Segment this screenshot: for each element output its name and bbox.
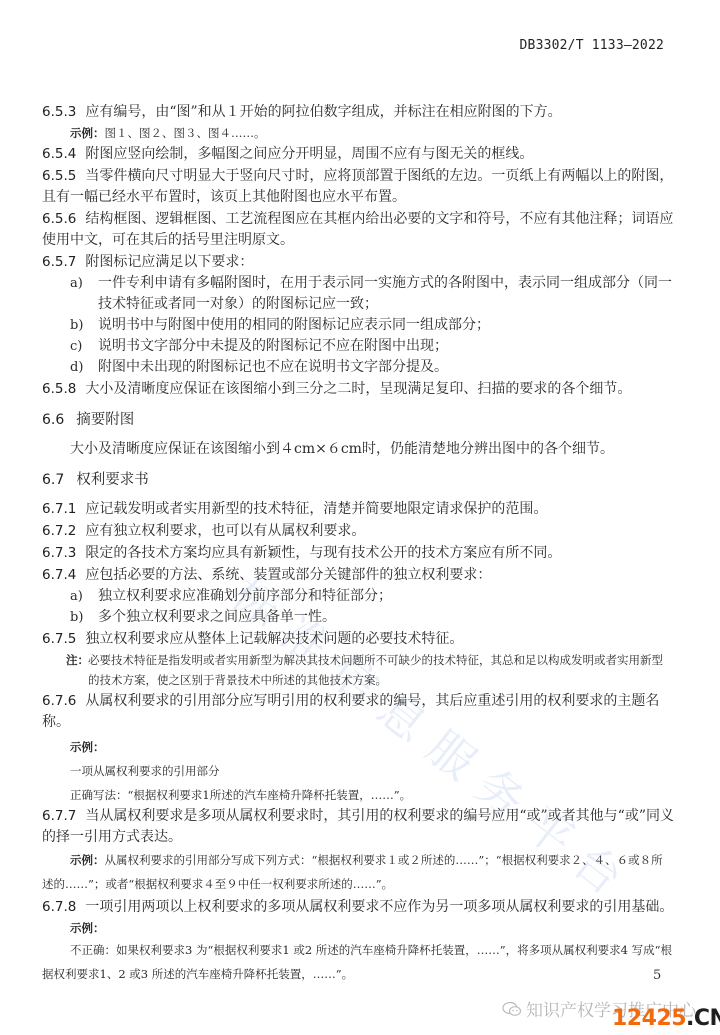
section-number: 6.7 <box>42 470 64 491</box>
page-number: 5 <box>653 968 661 983</box>
list-item: b)说明书中与附图中使用的相同的附图标记应表示同一组成部分； <box>42 315 674 336</box>
clause-text: 应记载发明或者实用新型的技术特征，清楚并简要地限定请求保护的范围。 <box>85 501 547 517</box>
site-logo-suffix: .CN <box>686 1006 720 1031</box>
clause-number: 6.5.7 <box>42 252 76 273</box>
clause-text: 当从属权利要求是多项从属权利要求时，其引用的权利要求的编号应用“或”或者其他与“… <box>42 808 674 845</box>
example-label: 示例： <box>70 921 105 935</box>
list-marker: a) <box>70 273 98 315</box>
clause-text: 应有编号，由“图”和从１开始的阿拉伯数字组成，并标注在相应附图的下方。 <box>85 104 561 120</box>
clause-6-5-6: 6.5.6结构框图、逻辑框图、工艺流程图应在其框内给出必要的文字和符号，不应有其… <box>42 209 674 251</box>
clause-number: 6.7.3 <box>42 543 76 564</box>
list-marker: b) <box>70 315 98 336</box>
clause-6-7-7: 6.7.7当从属权利要求是多项从属权利要求时，其引用的权利要求的编号应用“或”或… <box>42 806 674 896</box>
clause-number: 6.5.4 <box>42 144 76 165</box>
clause-text: 附图应竖向绘制，多幅图之间应分开明显，周围不应有与图无关的框线。 <box>85 146 533 162</box>
list-item: c)说明书文字部分中未提及的附图标记不应在附图中出现； <box>42 336 674 357</box>
clause-6-7-8: 6.7.8一项引用两项以上权利要求的多项从属权利要求不应作为另一项多项从属权利要… <box>42 897 674 986</box>
clause-6-5-8: 6.5.8大小及清晰度应保证在该图缩小到三分之二时，呈现满足复印、扫描的要求的各… <box>42 379 674 400</box>
note-text: 必要技术特征是指发明或者实用新型为解决其技术问题所不可缺少的技术特征，其总和足以… <box>88 650 674 690</box>
example-text: 不正确：如果权利要求3 为“根据权利要求1 或2 所述的汽车座椅升降杯托装置，…… <box>42 938 674 986</box>
section-number: 6.6 <box>42 410 64 431</box>
clause-text: 独立权利要求应从整体上记载解决技术问题的必要技术特征。 <box>85 631 463 647</box>
list-text: 说明书中与附图中使用的相同的附图标记应表示同一组成部分； <box>98 315 674 336</box>
section-heading-6-7: 6.7权利要求书 <box>42 470 674 491</box>
standard-code: DB3302/T 1133—2022 <box>520 38 664 53</box>
clause-6-7-2: 6.7.2应有独立权利要求，也可以有从属权利要求。 <box>42 521 674 542</box>
clause-number: 6.7.1 <box>42 499 76 520</box>
list-text: 说明书文字部分中未提及的附图标记不应在附图中出现； <box>98 336 674 357</box>
clause-number: 6.7.2 <box>42 521 76 542</box>
site-logo-number: 12425 <box>612 1006 686 1031</box>
example-label: 示例： <box>70 853 105 867</box>
clause-number: 6.7.8 <box>42 897 76 918</box>
clause-number: 6.5.8 <box>42 379 76 400</box>
clause-number: 6.5.5 <box>42 166 76 187</box>
list-item: a)独立权利要求应准确划分前序部分和特征部分； <box>42 586 674 607</box>
example-text: 图１、图２、图３、图４……。 <box>105 126 266 140</box>
document-body: 6.5.3应有编号，由“图”和从１开始的阿拉伯数字组成，并标注在相应附图的下方。… <box>42 102 674 987</box>
list-marker: c) <box>70 336 98 357</box>
clause-text: 应有独立权利要求，也可以有从属权利要求。 <box>85 523 365 539</box>
list-text: 多个独立权利要求之间应具备单一性。 <box>98 607 674 628</box>
list-item: a)一件专利申请有多幅附图时，在用于表示同一实施方式的各附图中，表示同一组成部分… <box>42 273 674 315</box>
note: 注：必要技术特征是指发明或者实用新型为解决其技术问题所不可缺少的技术特征，其总和… <box>42 650 674 690</box>
example-line: 一项从属权利要求的引用部分 <box>42 761 674 781</box>
clause-text: 一项引用两项以上权利要求的多项从属权利要求不应作为另一项多项从属权利要求的引用基… <box>85 899 673 915</box>
clause-number: 6.7.4 <box>42 565 76 586</box>
clause-6-7-1: 6.7.1应记载发明或者实用新型的技术特征，清楚并简要地限定请求保护的范围。 <box>42 499 674 520</box>
clause-number: 6.5.6 <box>42 209 76 230</box>
clause-text: 附图标记应满足以下要求： <box>85 254 253 270</box>
clause-number: 6.7.7 <box>42 806 76 827</box>
example-label: 示例： <box>70 126 105 140</box>
section-title: 权利要求书 <box>76 472 149 488</box>
list-text: 独立权利要求应准确划分前序部分和特征部分； <box>98 586 674 607</box>
clause-6-7-3: 6.7.3限定的各技术方案均应具有新颖性，与现有技术公开的技术方案应有所不同。 <box>42 543 674 564</box>
clause-number: 6.7.6 <box>42 691 76 712</box>
section-paragraph: 大小及清晰度应保证在该图缩小到４cm×６cm时，仍能清楚地分辨出图中的各个细节。 <box>42 439 674 460</box>
example-label: 示例： <box>70 740 105 754</box>
clause-text: 限定的各技术方案均应具有新颖性，与现有技术公开的技术方案应有所不同。 <box>85 545 561 561</box>
clause-number: 6.7.5 <box>42 629 76 650</box>
wechat-icon <box>502 1001 522 1017</box>
clause-6-5-5: 6.5.5当零件横向尺寸明显大于竖向尺寸时，应将顶部置于图纸的左边。一页纸上有两… <box>42 166 674 208</box>
clause-6-5-3: 6.5.3应有编号，由“图”和从１开始的阿拉伯数字组成，并标注在相应附图的下方。… <box>42 102 674 143</box>
site-logo: 12425.CN <box>612 1006 720 1031</box>
clause-number: 6.5.3 <box>42 102 76 123</box>
clause-6-7-6: 6.7.6从属权利要求的引用部分应写明引用的权利要求的编号，其后应重述引用的权利… <box>42 691 674 805</box>
clause-text: 结构框图、逻辑框图、工艺流程图应在其框内给出必要的文字和符号，不应有其他注释；词… <box>42 211 673 248</box>
section-title: 摘要附图 <box>76 412 134 428</box>
note-label: 注： <box>66 650 88 690</box>
list-marker: a) <box>70 586 98 607</box>
list-item: b)多个独立权利要求之间应具备单一性。 <box>42 607 674 628</box>
clause-6-5-7: 6.5.7附图标记应满足以下要求： a)一件专利申请有多幅附图时，在用于表示同一… <box>42 252 674 378</box>
example-text: 从属权利要求的引用部分写成下列方式：“根据权利要求１或２所述的……”；“根据权利… <box>42 853 663 891</box>
clause-text: 大小及清晰度应保证在该图缩小到三分之二时，呈现满足复印、扫描的要求的各个细节。 <box>85 381 631 397</box>
list-marker: d) <box>70 357 98 378</box>
list-text: 一件专利申请有多幅附图时，在用于表示同一实施方式的各附图中，表示同一组成部分（同… <box>98 273 674 315</box>
list-text: 附图中未出现的附图标记也不应在说明书文字部分提及。 <box>98 357 674 378</box>
clause-6-5-4: 6.5.4附图应竖向绘制，多幅图之间应分开明显，周围不应有与图无关的框线。 <box>42 144 674 165</box>
clause-6-7-5: 6.7.5独立权利要求应从整体上记载解决技术问题的必要技术特征。 注：必要技术特… <box>42 629 674 690</box>
list-marker: b) <box>70 607 98 628</box>
list-item: d)附图中未出现的附图标记也不应在说明书文字部分提及。 <box>42 357 674 378</box>
section-heading-6-6: 6.6摘要附图 <box>42 410 674 431</box>
clause-6-7-4: 6.7.4应包括必要的方法、系统、装置或部分关键部件的独立权利要求： a)独立权… <box>42 565 674 628</box>
clause-text: 从属权利要求的引用部分应写明引用的权利要求的编号，其后应重述引用的权利要求的主题… <box>42 693 659 730</box>
clause-text: 当零件横向尺寸明显大于竖向尺寸时，应将顶部置于图纸的左边。一页纸上有两幅以上的附… <box>42 168 673 205</box>
clause-text: 应包括必要的方法、系统、装置或部分关键部件的独立权利要求： <box>85 567 491 583</box>
example-line: 正确写法：“根据权利要求1所述的汽车座椅升降杯托装置，……”。 <box>42 785 674 805</box>
